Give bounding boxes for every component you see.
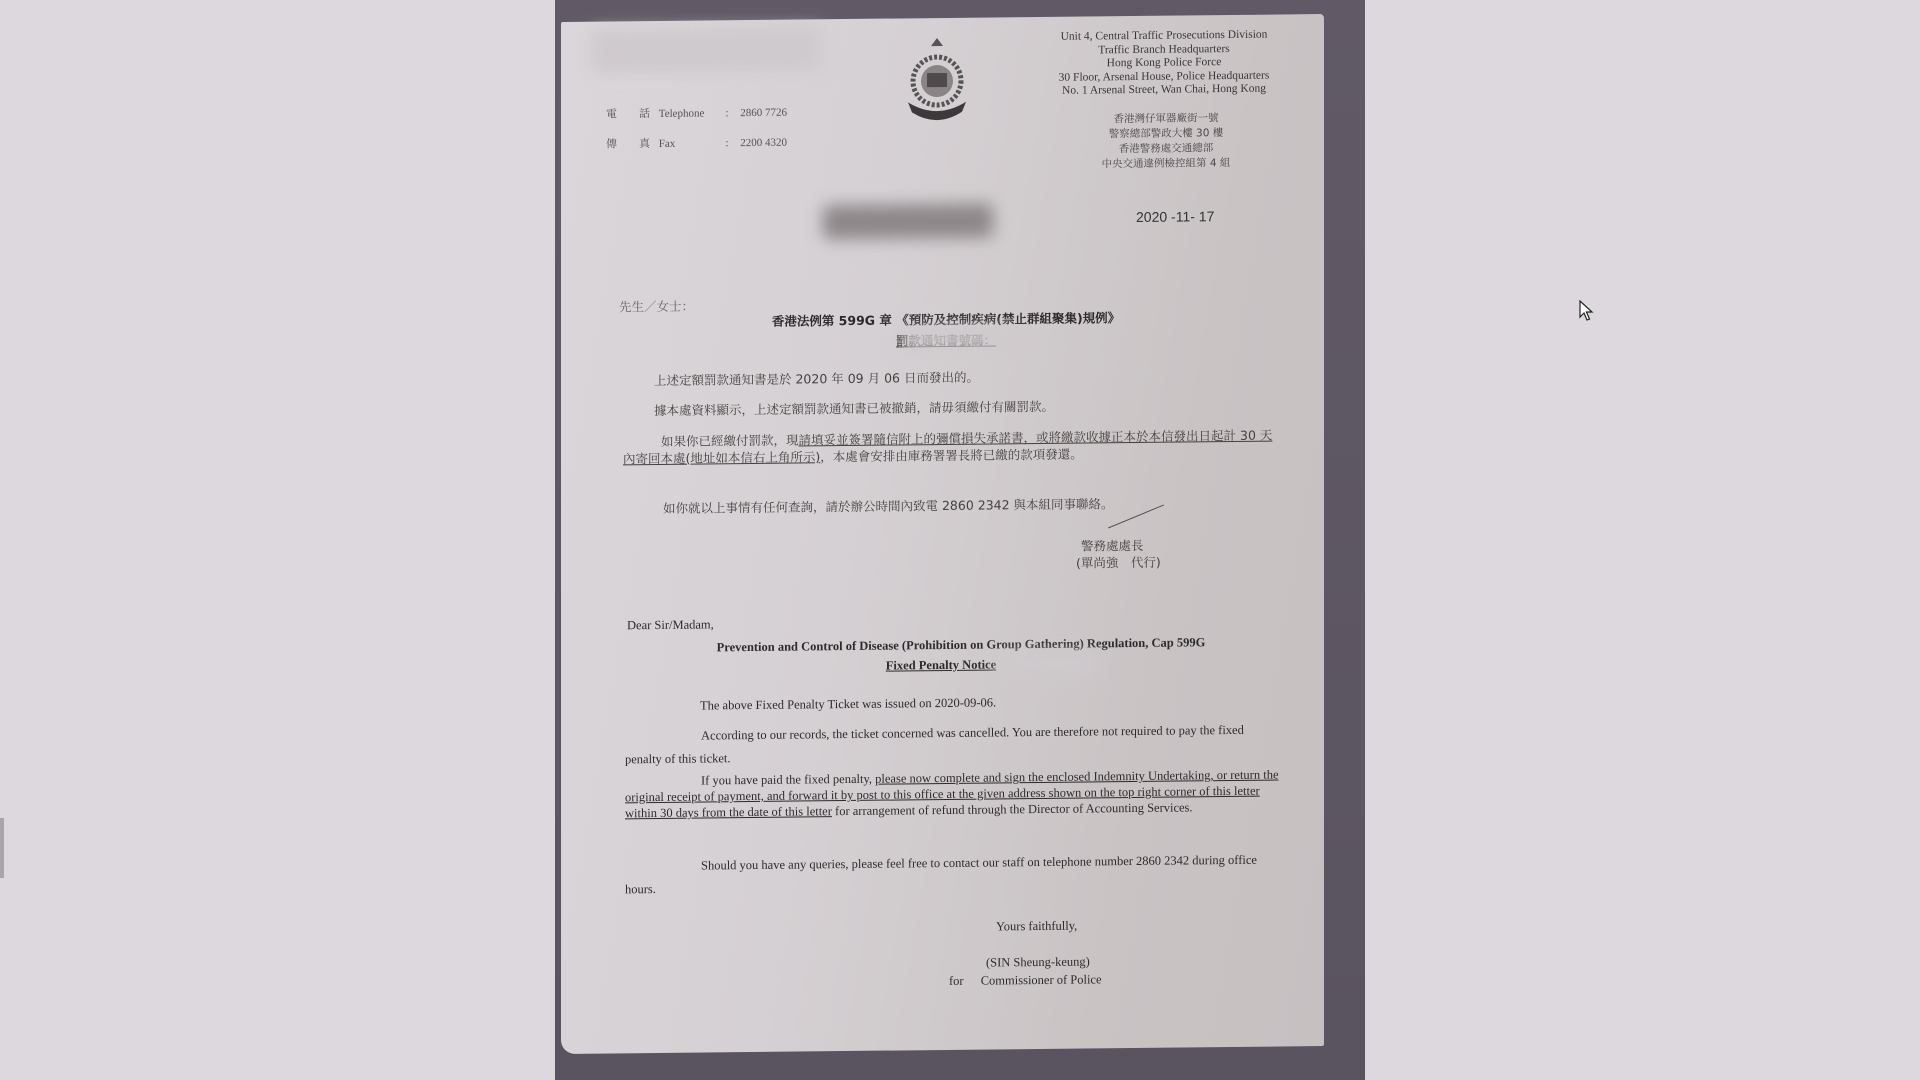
sign-name-zh: (單尚強 代行)	[1076, 553, 1161, 572]
fax-label-en: Fax	[659, 137, 723, 150]
address-line: Unit 4, Central Traffic Prosecutions Div…	[1033, 28, 1295, 44]
para2-en: According to our records, the ticket con…	[625, 718, 1281, 771]
screen-edge-mark	[0, 818, 4, 878]
fax-row: 傳 真 Fax : 2200 4320	[606, 134, 787, 152]
fax-value: 2200 4320	[740, 137, 787, 149]
address-line: 中央交通違例檢控組第 4 組	[1076, 156, 1256, 173]
sender-address-zh: 香港灣仔軍器廠街一號 警察總部警政大樓 30 樓 香港警務處交通總部 中央交通違…	[1076, 111, 1256, 173]
sender-address-en: Unit 4, Central Traffic Prosecutions Div…	[1033, 28, 1295, 98]
title-en: Prevention and Control of Disease (Prohi…	[601, 634, 1321, 657]
para3-zh: 如果你已經繳付罰款，現請填妥並簽署隨信附上的彌償損失承諾書，或將繳款收據正本於本…	[623, 427, 1273, 468]
redacted-notice-number	[997, 652, 1097, 675]
signatory-name: (SIN Sheung-keung)	[986, 954, 1090, 970]
para2-zh: 據本處資料顯示，上述定額罰款通知書已被撤銷，請毋須繳付有關罰款。	[654, 397, 1054, 419]
mouse-pointer-icon	[1579, 300, 1595, 322]
telephone-label-en: Telephone	[659, 107, 723, 120]
telephone-value: 2860 7726	[740, 107, 787, 119]
para4-zh: 如你就以上事情有任何查詢，請於辦公時間內致電 2860 2342 與本組同事聯絡…	[663, 494, 1114, 517]
para1-zh: 上述定額罰款通知書是於 2020 年 09 月 06 日而發出的。	[654, 368, 979, 389]
fax-label-zh: 傳 真	[606, 135, 656, 152]
para3-en-text: If you have paid the fixed penalty,	[701, 772, 875, 788]
para1-en: The above Fixed Penalty Ticket was issue…	[700, 695, 996, 713]
signatory-title-row: for Commissioner of Police	[949, 972, 1102, 989]
signatory-title: Commissioner of Police	[981, 972, 1102, 987]
letter-date: 2020 -11- 17	[1136, 208, 1214, 225]
para3-zh-text: 如果你已經繳付罰款，現	[661, 433, 799, 449]
signature-mark	[1108, 504, 1164, 528]
closing-en: Yours faithfully,	[996, 919, 1077, 935]
para3-en: If you have paid the fixed penalty, plea…	[625, 766, 1287, 821]
for-label: for	[949, 974, 964, 988]
salutation-en: Dear Sir/Madam,	[627, 617, 714, 633]
document-photo: 電 話 Telephone : 2860 7726 傳 真 Fax : 2200…	[555, 0, 1365, 1080]
address-line: No. 1 Arsenal Street, Wan Chai, Hong Kon…	[1033, 82, 1295, 98]
sign-title-zh: 警務處處長	[1081, 536, 1144, 555]
para3-en-text-end: for arrangement of refund through the Di…	[832, 800, 1193, 818]
redacted-letterhead	[591, 27, 821, 73]
telephone-label-zh: 電 話	[606, 105, 656, 122]
para4-en: Should you have any queries, please feel…	[625, 848, 1287, 901]
para3-zh-text-end: ，本處會安排由庫務署署長將已繳的款項發還。	[820, 447, 1083, 465]
redacted-notice-number	[901, 327, 1011, 350]
police-crest-icon	[904, 36, 970, 127]
redacted-reference	[823, 203, 993, 239]
letter-page: 電 話 Telephone : 2860 7726 傳 真 Fax : 2200…	[561, 14, 1324, 1054]
telephone-row: 電 話 Telephone : 2860 7726	[606, 104, 787, 122]
subtitle-en: Fixed Penalty Notice	[561, 654, 1321, 677]
